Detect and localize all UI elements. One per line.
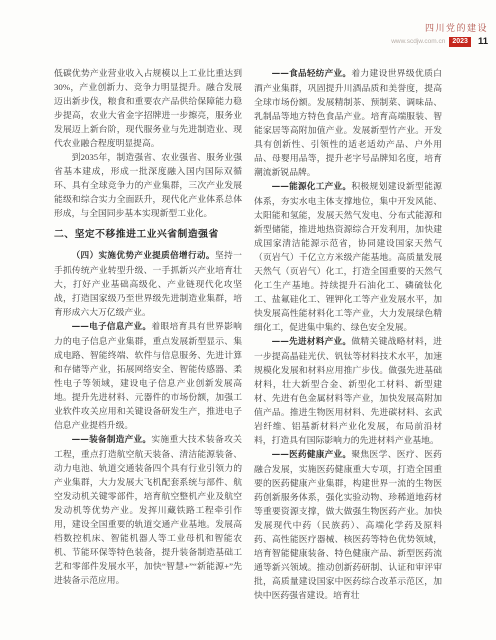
paragraph: ——电子信息产业。着眼培育具有世界影响力的电子信息产业集群，重点发展新型显示、集…	[54, 319, 242, 432]
paragraph-lead: （四）实施优势产业提质倍增行动。	[72, 251, 215, 261]
paragraph-text: 积极规划建设新型能源体系，夯实水电主体支撑地位，集中开发风能、太阳能和氢能，发展…	[254, 181, 442, 332]
paragraph: （四）实施优势产业提质倍增行动。坚持一手抓传统产业转型升级、一手抓新兴产业培育壮…	[54, 248, 242, 319]
paragraph-text: 做精关键战略材料，进一步提高晶硅光伏、钒钛等材料技术水平，加速规模化发展和材料应…	[254, 336, 442, 445]
paragraph-lead: ——先进材料产业。	[272, 337, 352, 347]
paragraph-text: 着眼培育具有世界影响力的电子信息产业集群，重点发展新型显示、集成电路、智能终端、…	[54, 321, 242, 430]
paragraph-text: 低碳优势产业营业收入占规模以上工业比重达到30%，产业创新力、竞争力明显提升。融…	[54, 68, 242, 148]
paragraph-text: 实施重大技术装备攻关工程，重点打造航空航天装备、清洁能源装备、动力电池、轨道交通…	[54, 434, 242, 585]
paragraph-lead: ——食品轻纺产业。	[272, 69, 352, 79]
page-number: 11	[478, 36, 488, 47]
paragraph-text: 着力建设世界级优质白酒产业集群，巩固提升川酒品质和美誉度，提高全球市场份额。发展…	[254, 68, 442, 177]
page-header: 四川党的建设 www.scdjw.com.cn 2023 11	[391, 21, 488, 47]
paragraph: ——装备制造产业。实施重大技术装备攻关工程，重点打造航空航天装备、清洁能源装备、…	[54, 432, 242, 587]
paragraph-lead: ——装备制造产业。	[72, 435, 152, 445]
section-heading: 二、坚定不移推进工业兴省制造强省	[54, 228, 242, 242]
paragraph-lead: ——电子信息产业。	[72, 322, 152, 332]
magazine-title: 四川党的建设	[425, 21, 488, 34]
header-meta-row: www.scdjw.com.cn 2023 11	[391, 36, 488, 47]
left-column: 低碳优势产业营业收入占规模以上工业比重达到30%，产业创新力、竞争力明显提升。融…	[54, 66, 242, 602]
issue-year-badge: 2023	[449, 37, 471, 47]
paragraph-text: 到2035年，制造强省、农业强省、服务业强省基本建成，形成一批深度融入国内国际双…	[54, 152, 242, 218]
paragraph: ——先进材料产业。做精关键战略材料，进一步提高晶硅光伏、钒钛等材料技术水平，加速…	[254, 334, 442, 447]
paragraph-lead: ——医药健康产业。	[272, 450, 352, 460]
paragraph-lead: ——能源化工产业。	[272, 182, 352, 192]
paragraph: ——食品轻纺产业。着力建设世界级优质白酒产业集群，巩固提升川酒品质和美誉度，提高…	[254, 66, 442, 179]
paragraph-continuation: 低碳优势产业营业收入占规模以上工业比重达到30%，产业创新力、竞争力明显提升。融…	[54, 66, 242, 150]
paragraph: ——能源化工产业。积极规划建设新型能源体系，夯实水电主体支撑地位，集中开发风能、…	[254, 179, 442, 334]
paragraph: ——医药健康产业。聚焦医学、医疗、医药融合发展，实施医药健康重大专项，打造全国重…	[254, 447, 442, 602]
article-body: 低碳优势产业营业收入占规模以上工业比重达到30%，产业创新力、竞争力明显提升。融…	[54, 66, 442, 602]
paragraph-text: 聚焦医学、医疗、医药融合发展，实施医药健康重大专项，打造全国重要的医药健康产业集…	[254, 449, 442, 600]
paragraph: 到2035年，制造强省、农业强省、服务业强省基本建成，形成一批深度融入国内国际双…	[54, 150, 242, 220]
magazine-page: 四川党的建设 www.scdjw.com.cn 2023 11 低碳优势产业营业…	[0, 0, 496, 640]
website-url: www.scdjw.com.cn	[391, 38, 445, 45]
right-column: ——食品轻纺产业。着力建设世界级优质白酒产业集群，巩固提升川酒品质和美誉度，提高…	[254, 66, 442, 602]
